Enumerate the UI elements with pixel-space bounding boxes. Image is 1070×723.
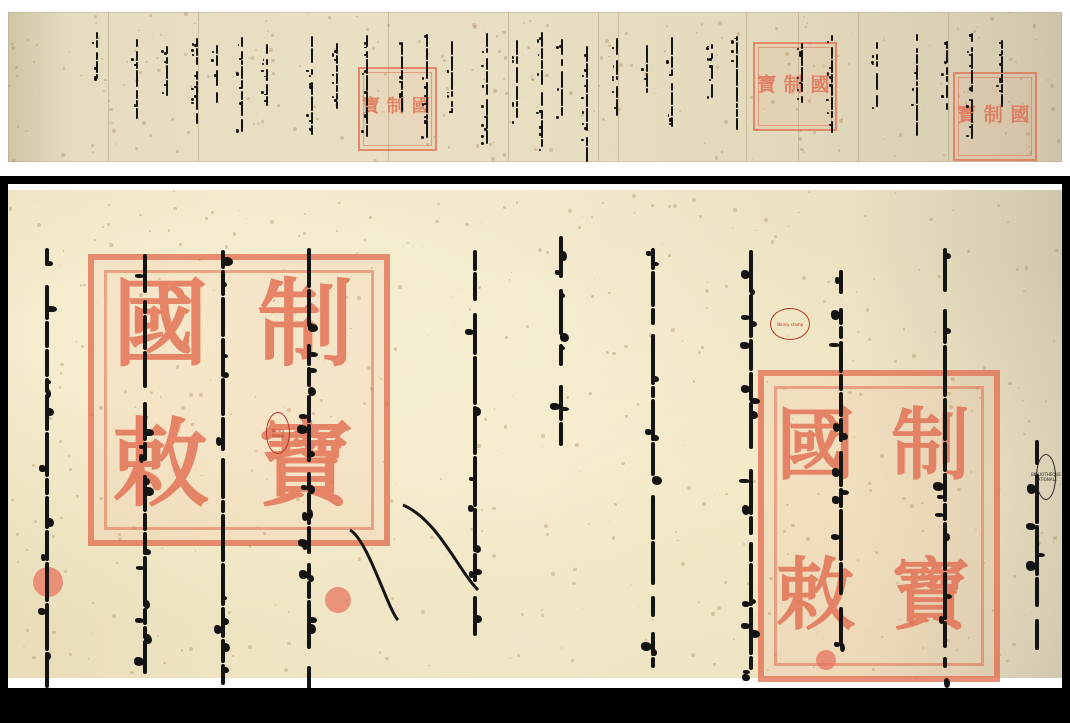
script-glyph [164,61,168,63]
mongolian-script-column [733,36,743,130]
paper-speck [265,20,267,22]
paper-speck [498,50,501,53]
paper-speck [752,159,753,160]
script-stem [916,34,918,41]
script-glyph [827,72,830,75]
script-stem [1001,94,1003,107]
script-stem [916,122,918,136]
script-stem [736,118,738,130]
paper-speck [666,25,668,27]
script-glyph [134,64,137,66]
script-stem [831,121,833,133]
script-stem [831,47,833,59]
paper-speck [718,21,722,25]
paper-speck [726,118,727,119]
script-stem [736,55,738,67]
script-stem [876,95,878,107]
paper-speck [803,16,805,18]
script-stem [426,48,428,60]
paper-speck [517,22,518,23]
script-glyph [447,70,450,73]
paper-speck [899,133,902,136]
script-glyph [191,102,194,104]
script-glyph [911,104,915,107]
paper-speck [664,50,666,52]
script-glyph [309,128,312,130]
script-glyph [236,72,239,75]
paper-speck [374,159,377,162]
script-stem [426,61,428,79]
paper-speck [27,39,29,41]
script-stem [916,54,918,65]
script-glyph [481,65,485,66]
script-glyph [613,65,615,67]
paper-speck [111,122,113,124]
paper-speck [705,86,706,87]
script-glyph [191,98,195,101]
mongolian-script-column [668,37,678,127]
script-glyph [912,88,915,91]
script-stem [616,76,618,81]
paper-speck [149,14,152,17]
script-glyph [191,49,194,52]
paper-speck [531,75,533,77]
paper-speck [157,69,161,73]
paper-speck [940,83,942,85]
script-stem [971,70,973,84]
paper-speck [160,34,162,36]
script-stem [971,53,973,69]
script-glyph [799,51,803,54]
script-glyph [942,95,945,98]
script-glyph [536,112,540,115]
paper-speck [176,150,179,153]
paper-speck [17,125,19,127]
script-glyph [731,60,735,62]
script-stem [671,56,673,68]
script-glyph [194,44,198,47]
script-stem [1001,40,1003,49]
script-stem [216,70,218,85]
script-glyph [309,75,311,77]
paper-speck [546,24,549,27]
script-glyph [424,121,427,123]
script-stem [136,39,138,47]
script-glyph [214,74,216,76]
paper-speck [39,93,41,95]
script-stem [711,44,713,49]
script-glyph [669,118,671,121]
script-stem [516,40,518,55]
paper-speck [600,56,603,59]
script-glyph [827,112,829,114]
paper-speck [523,22,525,24]
script-stem [971,99,973,112]
mongolian-script-column [538,32,548,147]
script-glyph [614,107,617,110]
paper-speck [884,138,885,139]
mongolian-script-column [483,33,493,144]
script-glyph [481,105,484,108]
paper-speck [503,153,506,156]
script-glyph [539,149,541,151]
script-glyph [797,77,800,79]
script-glyph [829,124,833,126]
script-stem [486,33,488,47]
script-glyph [871,61,874,64]
script-glyph [309,86,313,89]
script-glyph [709,65,712,68]
paper-speck [483,26,484,27]
paper-speck [36,44,38,46]
script-stem [311,36,313,47]
paper-speck [593,110,595,112]
paper-speck [929,45,930,46]
script-stem [336,85,338,92]
paper-speck [800,148,803,151]
paper-speck [724,120,728,124]
script-glyph [212,51,214,53]
paper-speck [700,90,702,92]
script-glyph [797,48,800,50]
script-stem [166,80,168,96]
paper-speck [1057,139,1060,142]
script-stem [646,64,648,73]
script-glyph [581,139,585,141]
mongolian-script-column [333,43,343,109]
script-stem [541,60,543,69]
script-glyph [797,98,799,100]
script-glyph [262,63,265,65]
script-stem [946,76,948,82]
script-glyph [539,37,541,39]
paper-speck [990,17,993,20]
script-glyph [641,68,644,70]
script-stem [561,59,563,66]
script-stem [241,37,243,47]
script-stem [946,85,948,98]
script-glyph [829,84,832,87]
paper-speck [799,137,802,140]
script-stem [216,45,218,54]
script-glyph [539,133,541,136]
paper-speck [1045,52,1046,53]
seal-stamp: 寶制國 [753,42,837,131]
paper-speck [94,15,97,18]
script-glyph [162,92,165,94]
paper-speck [103,90,105,92]
mongolian-script-column [643,45,653,98]
paper-speck [190,85,192,87]
mongolian-script-column [133,39,143,126]
script-stem [671,83,673,91]
script-glyph [332,74,334,76]
paper-fold [598,12,599,162]
script-stem [801,43,803,49]
script-glyph [944,61,946,63]
paper-speck [443,59,446,62]
script-glyph [422,77,424,80]
script-glyph [447,92,450,94]
paper-speck [977,26,979,28]
script-stem [946,103,948,110]
script-stem [586,108,588,122]
paper-speck [504,56,508,60]
paper-speck [805,26,807,28]
script-stem [336,101,338,109]
paper-speck [894,155,896,157]
paper-speck [503,78,505,80]
mongolian-script-column [238,37,248,132]
paper-speck [12,46,16,50]
script-stem [311,112,313,124]
paper-speck [112,129,116,133]
script-glyph [191,88,194,90]
paper-speck [775,27,777,29]
script-stem [541,48,543,58]
paper-speck [95,22,97,24]
script-glyph [399,81,402,83]
script-glyph [449,111,452,113]
mongolian-script-column [798,43,808,104]
paper-speck [609,149,610,150]
script-glyph [827,41,829,43]
script-glyph [582,111,585,114]
mongolian-script-column [163,46,173,100]
script-stem [671,37,673,55]
mongolian-script-column [448,41,458,115]
script-glyph [731,40,734,43]
script-stem [736,103,738,108]
script-glyph [556,116,559,119]
paper-speck [207,75,210,78]
script-glyph [999,80,1002,83]
paper-speck [605,39,609,43]
script-glyph [306,114,309,117]
paper-speck [267,30,269,32]
seal-glyph: 國 [1007,105,1034,124]
script-glyph [668,114,670,117]
script-stem [486,130,488,144]
mongolian-script-column [873,42,883,107]
script-stem [541,92,543,106]
paper-speck [701,23,703,25]
script-stem [516,67,518,83]
paper-speck [839,119,843,123]
script-stem [451,101,453,107]
script-glyph [512,56,515,59]
script-stem [971,47,973,52]
script-stem [196,97,198,111]
paper-speck [704,142,706,144]
script-glyph [581,97,585,100]
paper-speck [625,32,628,35]
seal-stamp: 寶制國 [953,72,1037,161]
script-stem [801,96,803,103]
script-stem [916,81,918,86]
paper-speck [838,161,839,162]
paper-speck [471,69,474,72]
paper-speck [491,157,495,161]
script-glyph [481,135,484,138]
script-glyph [421,136,424,139]
paper-speck [710,118,711,119]
script-glyph [362,73,365,75]
script-stem [96,32,98,39]
paper-speck [12,159,15,162]
script-glyph [211,59,214,62]
script-glyph [966,105,970,108]
script-glyph [538,54,540,56]
paper-speck [534,148,537,151]
paper-speck [187,131,190,134]
script-stem [916,87,918,104]
paper-speck [1035,39,1036,40]
script-stem [671,106,673,116]
paper-speck [943,154,945,156]
script-stem [486,58,488,69]
detail-panel: 寶制敕國寶制敕國library stamplibrary stampBIBLIO… [8,184,1062,688]
mongolian-script-column [423,34,433,141]
mongolian-script-column [583,46,593,165]
mongolian-script-column [943,41,953,110]
script-stem [876,73,878,90]
script-stem [831,60,833,72]
script-stem [486,48,488,53]
paper-speck [715,156,719,160]
script-stem [831,35,833,41]
script-stem [876,42,878,49]
script-glyph [799,53,801,56]
script-stem [96,40,98,48]
paper-speck [1015,61,1017,63]
script-stem [96,52,98,59]
script-glyph [612,47,615,49]
detail-frame: 寶制敕國寶制敕國library stamplibrary stampBIBLIO… [0,176,1070,723]
script-stem [266,44,268,54]
mongolian-script-column [193,38,203,129]
paper-speck [838,149,841,152]
paper-speck [924,110,925,111]
script-stem [736,42,738,54]
paper-speck [194,23,195,24]
paper-speck [11,43,14,46]
paper-speck [293,127,297,131]
script-glyph [481,124,485,127]
mongolian-script-column [363,35,373,138]
script-glyph [482,85,484,88]
script-stem [216,92,218,103]
scroll-detail-paper: 寶制敕國寶制敕國library stamplibrary stampBIBLIO… [8,190,1062,678]
script-stem [136,108,138,120]
script-glyph [332,96,335,98]
script-glyph [872,107,875,109]
script-glyph [334,59,336,61]
script-glyph [709,58,712,61]
script-stem [266,59,268,65]
script-stem [916,105,918,121]
script-stem [451,91,453,96]
library-stamp: BIBLIOTHÈQUE NATIONALE [1036,454,1056,500]
paper-speck [61,153,65,157]
script-stem [401,42,403,55]
paper-speck [978,37,980,39]
script-stem [831,97,833,110]
script-glyph [706,47,709,50]
script-glyph [238,44,240,46]
script-glyph [584,69,586,71]
paper-speck [92,151,94,153]
script-stem [516,108,518,118]
script-glyph [364,47,366,49]
paper-speck [443,114,446,117]
script-glyph [399,76,402,78]
paper-speck [806,22,808,24]
paper-speck [1047,79,1049,81]
script-stem [401,98,403,112]
paper-speck [851,32,852,33]
script-glyph [512,121,515,124]
script-stem [311,48,313,63]
paper-speck [340,136,344,140]
script-glyph [264,100,266,101]
paper-speck [256,113,257,114]
mongolian-script-column [828,35,838,133]
script-stem [366,125,368,137]
paper-speck [33,61,35,63]
script-stem [586,137,588,146]
script-stem [136,70,138,87]
script-glyph [969,87,972,90]
script-glyph [537,73,539,76]
script-glyph [797,89,799,90]
paper-speck [377,41,379,43]
paper-speck [1061,14,1062,15]
script-stem [561,107,563,116]
script-stem [366,35,368,47]
script-glyph [512,104,514,106]
script-stem [401,70,403,80]
paper-speck [1050,84,1054,88]
script-glyph [731,50,734,53]
script-stem [401,56,403,70]
script-stem [366,92,368,105]
script-stem [241,91,243,100]
paper-speck [608,56,609,57]
paper-speck [16,75,19,78]
paper-speck [63,67,65,69]
paper-speck [813,131,816,134]
paper-speck [527,46,530,49]
paper-speck [1052,111,1053,112]
paper-speck [532,78,535,81]
script-glyph [92,42,95,44]
paper-speck [145,61,148,64]
script-stem [196,57,198,66]
script-glyph [447,95,450,98]
script-glyph [582,75,585,77]
paper-speck [496,35,498,37]
paper-fold [508,12,509,162]
script-stem [561,89,563,106]
script-stem [646,45,648,63]
script-stem [736,69,738,87]
mongolian-script-column [613,38,623,124]
script-stem [541,139,543,147]
paper-speck [264,37,265,38]
script-stem [801,83,803,92]
script-stem [971,113,973,124]
